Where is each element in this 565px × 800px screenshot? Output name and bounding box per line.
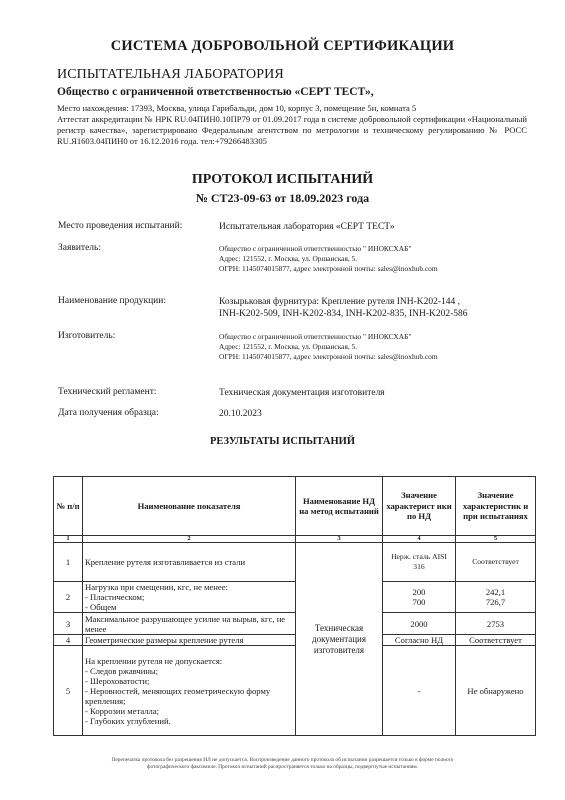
system-title: СИСТЕМА ДОБРОВОЛЬНОЙ СЕРТИФИКАЦИИ [0, 38, 565, 55]
row-indicator: Нагрузка при смещении, кгс, не менее: - … [83, 582, 296, 613]
row-test-value: Соответствует [456, 543, 536, 582]
receipt-date-label: Дата получения образца: [58, 408, 159, 418]
regulation-label: Технический регламент: [58, 387, 157, 397]
indicator-line: - Неровностей, меняющих геометрическую ф… [85, 686, 293, 706]
product-line: Козырьковая фурнитура: Крепление рутеля … [219, 296, 468, 308]
footer-line: фотографического факсимиле. Протокол исп… [0, 764, 565, 771]
regulation-value: Техническая документация изготовителя [219, 387, 385, 399]
row-test-value: 2753 [456, 613, 536, 635]
indicator-line: - Шероховатости; [85, 676, 293, 686]
manufacturer-value: Общество с ограниченной ответственностью… [219, 332, 438, 362]
lab-organization: Общество с ограниченной ответственностью… [57, 86, 374, 98]
table-row: 2 Нагрузка при смещении, кгс, не менее: … [54, 582, 536, 613]
footer-note: Перепечатка протокола без разрешения ИЛ … [0, 757, 565, 771]
column-number: 4 [383, 536, 456, 543]
indicator-line: - Общем [85, 602, 293, 612]
nd-value: 200 [385, 587, 453, 597]
row-test-value: Соответствует [456, 635, 536, 646]
indicator-line: - Глубоких углублений. [85, 716, 293, 726]
applicant-line: Общество с ограниченной ответственностью… [219, 244, 438, 254]
applicant-label: Заявитель: [58, 243, 101, 253]
indicator-line: Нагрузка при смещении, кгс, не менее: [85, 582, 293, 592]
header-test-value: Значение характеристик и при испытаниях [456, 477, 536, 536]
header-method: Наименование НД на метод испытаний [296, 477, 383, 536]
table-row: 4 Геометрические размеры крепление рутел… [54, 635, 536, 646]
row-nd-value: 2000 [383, 613, 456, 635]
row-test-value: Не обнаружено [456, 646, 536, 736]
row-num: 2 [54, 582, 83, 613]
row-indicator: Максимальное разрушающее усилие на вырыв… [83, 613, 296, 635]
column-number-row: 1 2 3 4 5 [54, 536, 536, 543]
manufacturer-line: Адрес: 121552, г. Москва, ул. Оршанская,… [219, 342, 438, 352]
column-number: 2 [83, 536, 296, 543]
results-table: № п/п Наименование показателя Наименован… [53, 476, 536, 736]
row-num: 5 [54, 646, 83, 736]
manufacturer-line: Общество с ограниченной ответственностью… [219, 332, 438, 342]
table-row: 5 На креплении рутеля не допускается: - … [54, 646, 536, 736]
table-row: 1 Крепление рутеля изготавливается из ст… [54, 543, 536, 582]
indicator-line: - Следов ржавчины; [85, 666, 293, 676]
row-nd-value: 200 700 [383, 582, 456, 613]
manufacturer-line: ОГРН: 1145074015877, адрес электронной п… [219, 352, 438, 362]
test-value: 726,7 [458, 597, 533, 607]
column-number: 1 [54, 536, 83, 543]
column-number: 5 [456, 536, 536, 543]
applicant-line: Адрес: 121552, г. Москва, ул. Оршанская,… [219, 254, 438, 264]
indicator-line: - Пластическом; [85, 592, 293, 602]
footer-line: Перепечатка протокола без разрешения ИЛ … [0, 757, 565, 764]
row-indicator: На креплении рутеля не допускается: - Сл… [83, 646, 296, 736]
row-nd-value: Нерж. сталь AISI 316 [383, 543, 456, 582]
header-nd-value: Значение характерист ики по НД [383, 477, 456, 536]
row-nd-value: Согласно НД [383, 635, 456, 646]
table-header-row: № п/п Наименование показателя Наименован… [54, 477, 536, 536]
row-indicator: Крепление рутеля изготавливается из стал… [83, 543, 296, 582]
row-num: 1 [54, 543, 83, 582]
nd-value: 700 [385, 597, 453, 607]
product-value: Козырьковая фурнитура: Крепление рутеля … [219, 296, 468, 320]
lab-title: ИСПЫТАТЕЛЬНАЯ ЛАБОРАТОРИЯ [57, 67, 284, 83]
row-method: Техническая документация изготовителя [296, 543, 383, 736]
lab-address: Место нахождения: 17393, Москва, улица Г… [57, 103, 527, 114]
applicant-value: Общество с ограниченной ответственностью… [219, 244, 438, 274]
protocol-number: № СТ23-09-63 от 18.09.2023 года [0, 191, 565, 206]
indicator-line: - Коррозии металла; [85, 706, 293, 716]
place-value: Испытательная лаборатория «СЕРТ ТЕСТ» [219, 221, 395, 233]
table-row: 3 Максимальное разрушающее усилие на выр… [54, 613, 536, 635]
row-num: 4 [54, 635, 83, 646]
column-number: 3 [296, 536, 383, 543]
indicator-line: На креплении рутеля не допускается: [85, 656, 293, 666]
receipt-date-value: 20.10.2023 [219, 408, 262, 420]
row-num: 3 [54, 613, 83, 635]
header-num: № п/п [54, 477, 83, 536]
manufacturer-label: Изготовитель: [58, 331, 115, 341]
row-test-value: 242,1 726,7 [456, 582, 536, 613]
protocol-title: ПРОТОКОЛ ИСПЫТАНИЙ [0, 172, 565, 188]
results-title: РЕЗУЛЬТАТЫ ИСПЫТАНИЙ [0, 436, 565, 447]
lab-accreditation: Аттестат аккредитации № НРК RU.04ПИН0.10… [57, 114, 527, 147]
place-label: Место проведения испытаний: [58, 221, 182, 231]
product-label: Наименование продукции: [58, 296, 166, 306]
applicant-line: ОГРН: 1145074015877, адрес электронной п… [219, 264, 438, 274]
row-indicator: Геометрические размеры крепление рутеля [83, 635, 296, 646]
test-value: 242,1 [458, 587, 533, 597]
row-nd-value: - [383, 646, 456, 736]
product-line: INH-K202-509, INH-K202-834, INH-K202-835… [219, 308, 468, 320]
header-indicator: Наименование показателя [83, 477, 296, 536]
